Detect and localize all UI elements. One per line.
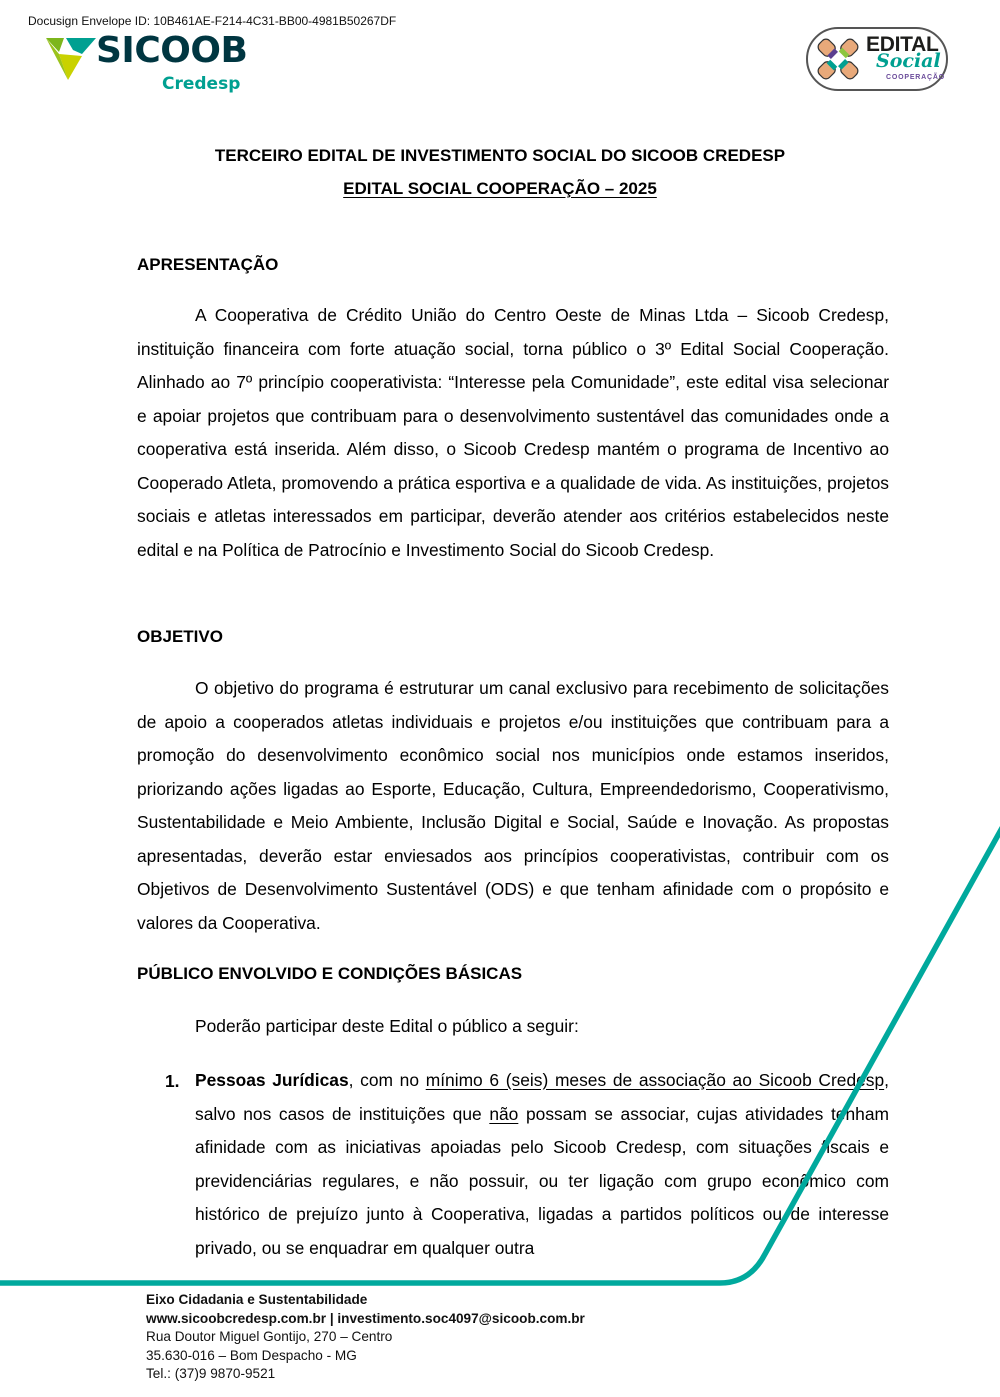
list-item-pessoas-juridicas: Pessoas Jurídicas, com no mínimo 6 (seis… — [195, 1064, 889, 1265]
edital-social-badge: EDITAL Social COOPERAÇÃO — [806, 27, 948, 91]
credesp-wordmark: Credesp — [162, 74, 240, 94]
list-item-underlined: mínimo 6 (seis) meses de associação ao S… — [426, 1070, 884, 1090]
list-item-underlined: não — [489, 1104, 518, 1124]
footer-contact: Eixo Cidadania e Sustentabilidade www.si… — [146, 1291, 585, 1384]
footer-postal-city: 35.630-016 – Bom Despacho - MG — [146, 1347, 585, 1366]
list-item-number: 1. — [165, 1071, 180, 1092]
badge-cooperacao-text: COOPERAÇÃO — [886, 74, 945, 81]
paragraph-text: A Cooperativa de Crédito União do Centro… — [137, 305, 889, 560]
section-heading-publico: PÚBLICO ENVOLVIDO E CONDIÇÕES BÁSICAS — [137, 964, 522, 984]
badge-social-text: Social — [876, 50, 941, 72]
sicoob-triangle-icon — [46, 36, 96, 80]
joined-hands-icon — [812, 33, 864, 85]
footer-web-email: www.sicoobcredesp.com.br | investimento.… — [146, 1310, 585, 1329]
list-item-text: possam se associar, cujas atividades ten… — [195, 1104, 889, 1258]
document-subtitle: EDITAL SOCIAL COOPERAÇÃO – 2025 — [0, 179, 1000, 199]
section-paragraph-apresentacao: A Cooperativa de Crédito União do Centro… — [137, 299, 889, 567]
sicoob-credesp-logo: SICOOB Credesp — [46, 34, 246, 98]
section-heading-objetivo: OBJETIVO — [137, 627, 223, 647]
section-paragraph-objetivo: O objetivo do programa é estruturar um c… — [137, 672, 889, 940]
section-intro-publico: Poderão participar deste Edital o públic… — [195, 1016, 579, 1037]
docusign-envelope-id: Docusign Envelope ID: 10B461AE-F214-4C31… — [28, 14, 396, 28]
footer-phone: Tel.: (37)9 9870-9521 — [146, 1365, 585, 1384]
paragraph-text: O objetivo do programa é estruturar um c… — [137, 678, 889, 933]
footer-department: Eixo Cidadania e Sustentabilidade — [146, 1291, 585, 1310]
footer-address: Rua Doutor Miguel Gontijo, 270 – Centro — [146, 1328, 585, 1347]
document-title: TERCEIRO EDITAL DE INVESTIMENTO SOCIAL D… — [0, 146, 1000, 166]
list-item-text: , com no — [349, 1070, 426, 1090]
sicoob-wordmark: SICOOB — [96, 30, 247, 71]
list-item-bold: Pessoas Jurídicas — [195, 1070, 349, 1090]
document-subtitle-text: EDITAL SOCIAL COOPERAÇÃO – 2025 — [343, 179, 657, 198]
section-heading-apresentacao: APRESENTAÇÃO — [137, 255, 278, 275]
